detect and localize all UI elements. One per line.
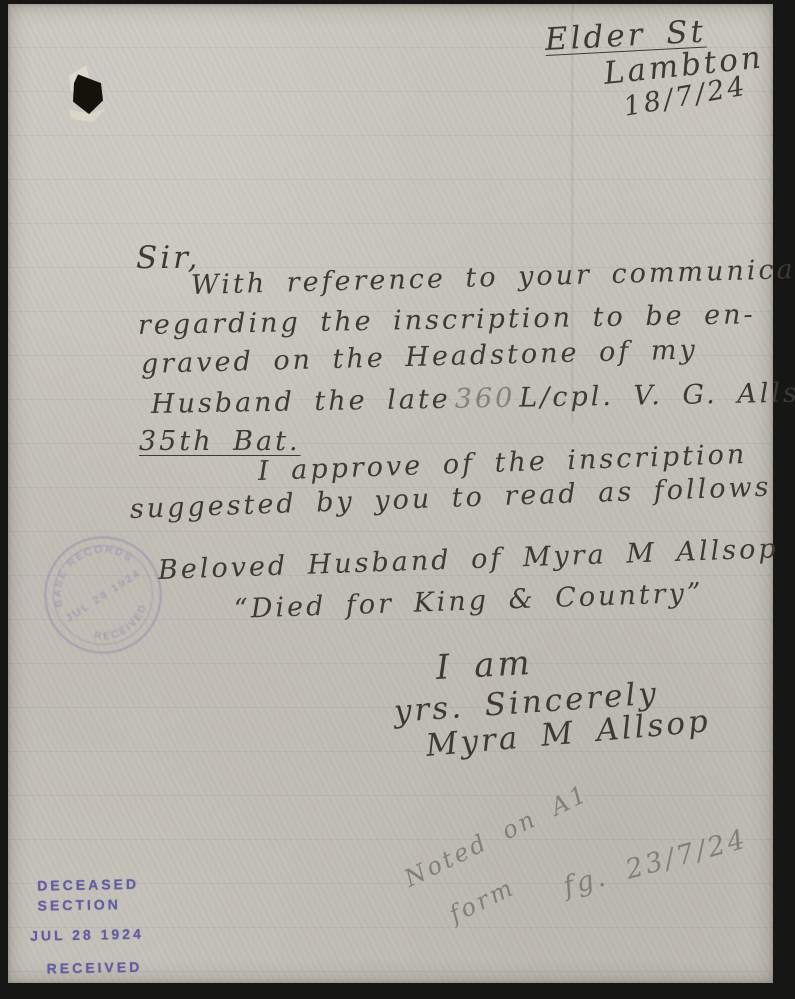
unit-line: 35th Bat. bbox=[139, 426, 301, 457]
stamp-line-date: JUL 28 1924 bbox=[30, 926, 144, 944]
scanned-letter-page: Elder St Lambton 18/7/24 Sir, With refer… bbox=[0, 0, 795, 999]
body-line-4: Husband the late360L/cpl. V. G. Allsop bbox=[151, 377, 795, 420]
stamp-line-section: SECTION bbox=[37, 896, 121, 913]
husband-text-before: Husband the late bbox=[151, 384, 451, 420]
letter-paper: Elder St Lambton 18/7/24 Sir, With refer… bbox=[8, 4, 773, 983]
deceased-section-stamp: DECEASED SECTION JUL 28 1924 RECEIVED bbox=[33, 874, 225, 982]
pencil-note-form: form bbox=[445, 873, 520, 929]
husband-text-after: L/cpl. V. G. Allsop bbox=[519, 377, 795, 414]
paper-torn-hole bbox=[60, 62, 110, 124]
round-received-stamp: BASE RECORDS RECEIVED JUL 28 1924 bbox=[8, 500, 199, 691]
inscription-line-2: “Died for King & Country” bbox=[233, 578, 704, 625]
stamp-line-received: RECEIVED bbox=[47, 959, 143, 977]
pencil-note-signoff: fg. 23/7/24 bbox=[560, 823, 751, 902]
service-number-pencil: 360 bbox=[450, 383, 519, 415]
body-line-3: graved on the Headstone of my bbox=[141, 334, 699, 380]
stamp-date: JUL 28 1924 bbox=[63, 567, 143, 625]
closing-line-1: I am bbox=[435, 643, 534, 688]
stamp-line-deceased: DECEASED bbox=[37, 876, 139, 894]
body-line-1: With reference to your communication bbox=[191, 252, 795, 301]
